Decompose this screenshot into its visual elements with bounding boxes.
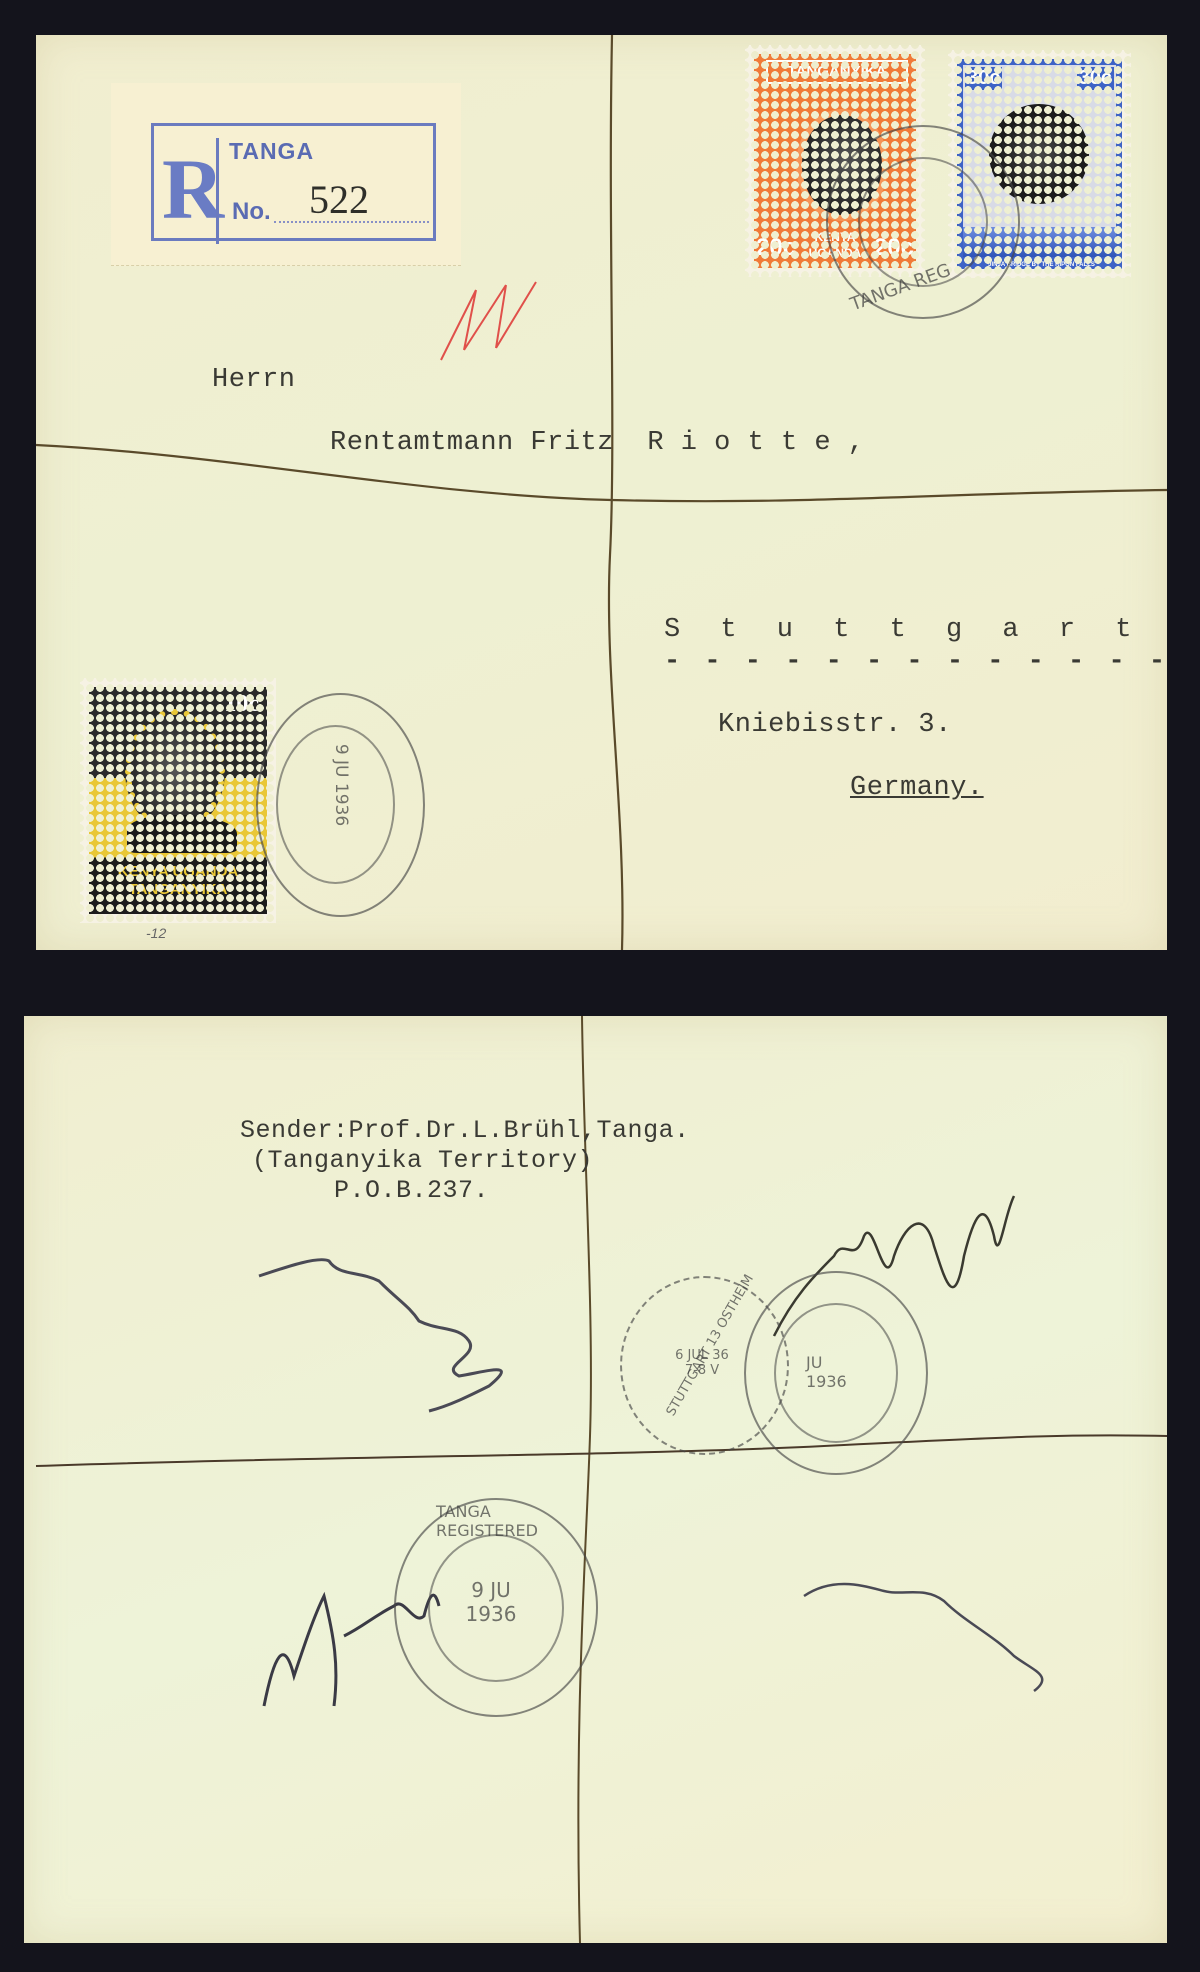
address-city-underline: - - - - - - - - - - - - - [664,647,1169,677]
address-country: Germany. [850,773,984,803]
postmark-date: JU 1936 [806,1353,846,1391]
stamp-value-left: 30c [965,67,1002,90]
address-salutation: Herrn [212,365,296,395]
address-city: S t u t t g a r t 13. [664,615,1200,645]
lion-silhouette [127,815,237,853]
postmark-text: TANGA REGISTERED [436,1502,596,1540]
stamp-bottom-text-2: TANGANYIKA [89,881,267,898]
address-street: Kniebisstr. 3. [718,710,952,740]
postmark-tanga-front: TANGA REG [826,125,1020,319]
envelope-front: R TANGA No. 522 TANGANYIKA 20c 20c KENYA… [36,35,1167,950]
string-cross-back [24,1016,1167,1943]
sender-line-3: P.O.B.237. [334,1176,489,1205]
stamp-bottom-text-1: KENYA UGANDA [89,863,267,880]
sender-line-1: Sender:Prof.Dr.L.Brühl,Tanga. [240,1116,690,1145]
postmark-tanga-registered-front: 9 JU 1936 [256,693,425,917]
signature-lower-right [804,1566,1064,1716]
envelope-back: Sender:Prof.Dr.L.Brühl,Tanga. (Tanganyik… [24,1016,1167,1943]
sender-line-2: (Tanganyika Territory) [252,1146,593,1175]
red-pencil-mark [436,280,546,365]
postmark-date: 9 JU 1936 [331,744,351,826]
stamp-top-text: TANGANYIKA [766,60,908,84]
stamp-value-left: 20c [756,234,796,262]
pencil-note: -12 [146,925,166,941]
stamp-10c: 10c KENYA UGANDA TANGANYIKA [80,678,276,923]
stamp-value-right: 30c [1077,67,1114,90]
postmark-stuttgart-text: STUTTGART 13 OSTHEIM [664,1272,757,1419]
postmark-tanga-back-1: JU 1936 [744,1271,928,1475]
address-name: Rentamtmann Fritz R i o t t e , [330,428,864,458]
signature-upper-left [259,1246,519,1416]
postmark-stuttgart-date: 6 JUL 36 7-8 V [672,1348,732,1378]
postmark-tanga-back-2: TANGA REGISTERED 9 JU 1936 [394,1498,598,1717]
stamp-value: 10c [224,691,259,718]
postmark-date: 9 JU 1936 [461,1578,521,1626]
